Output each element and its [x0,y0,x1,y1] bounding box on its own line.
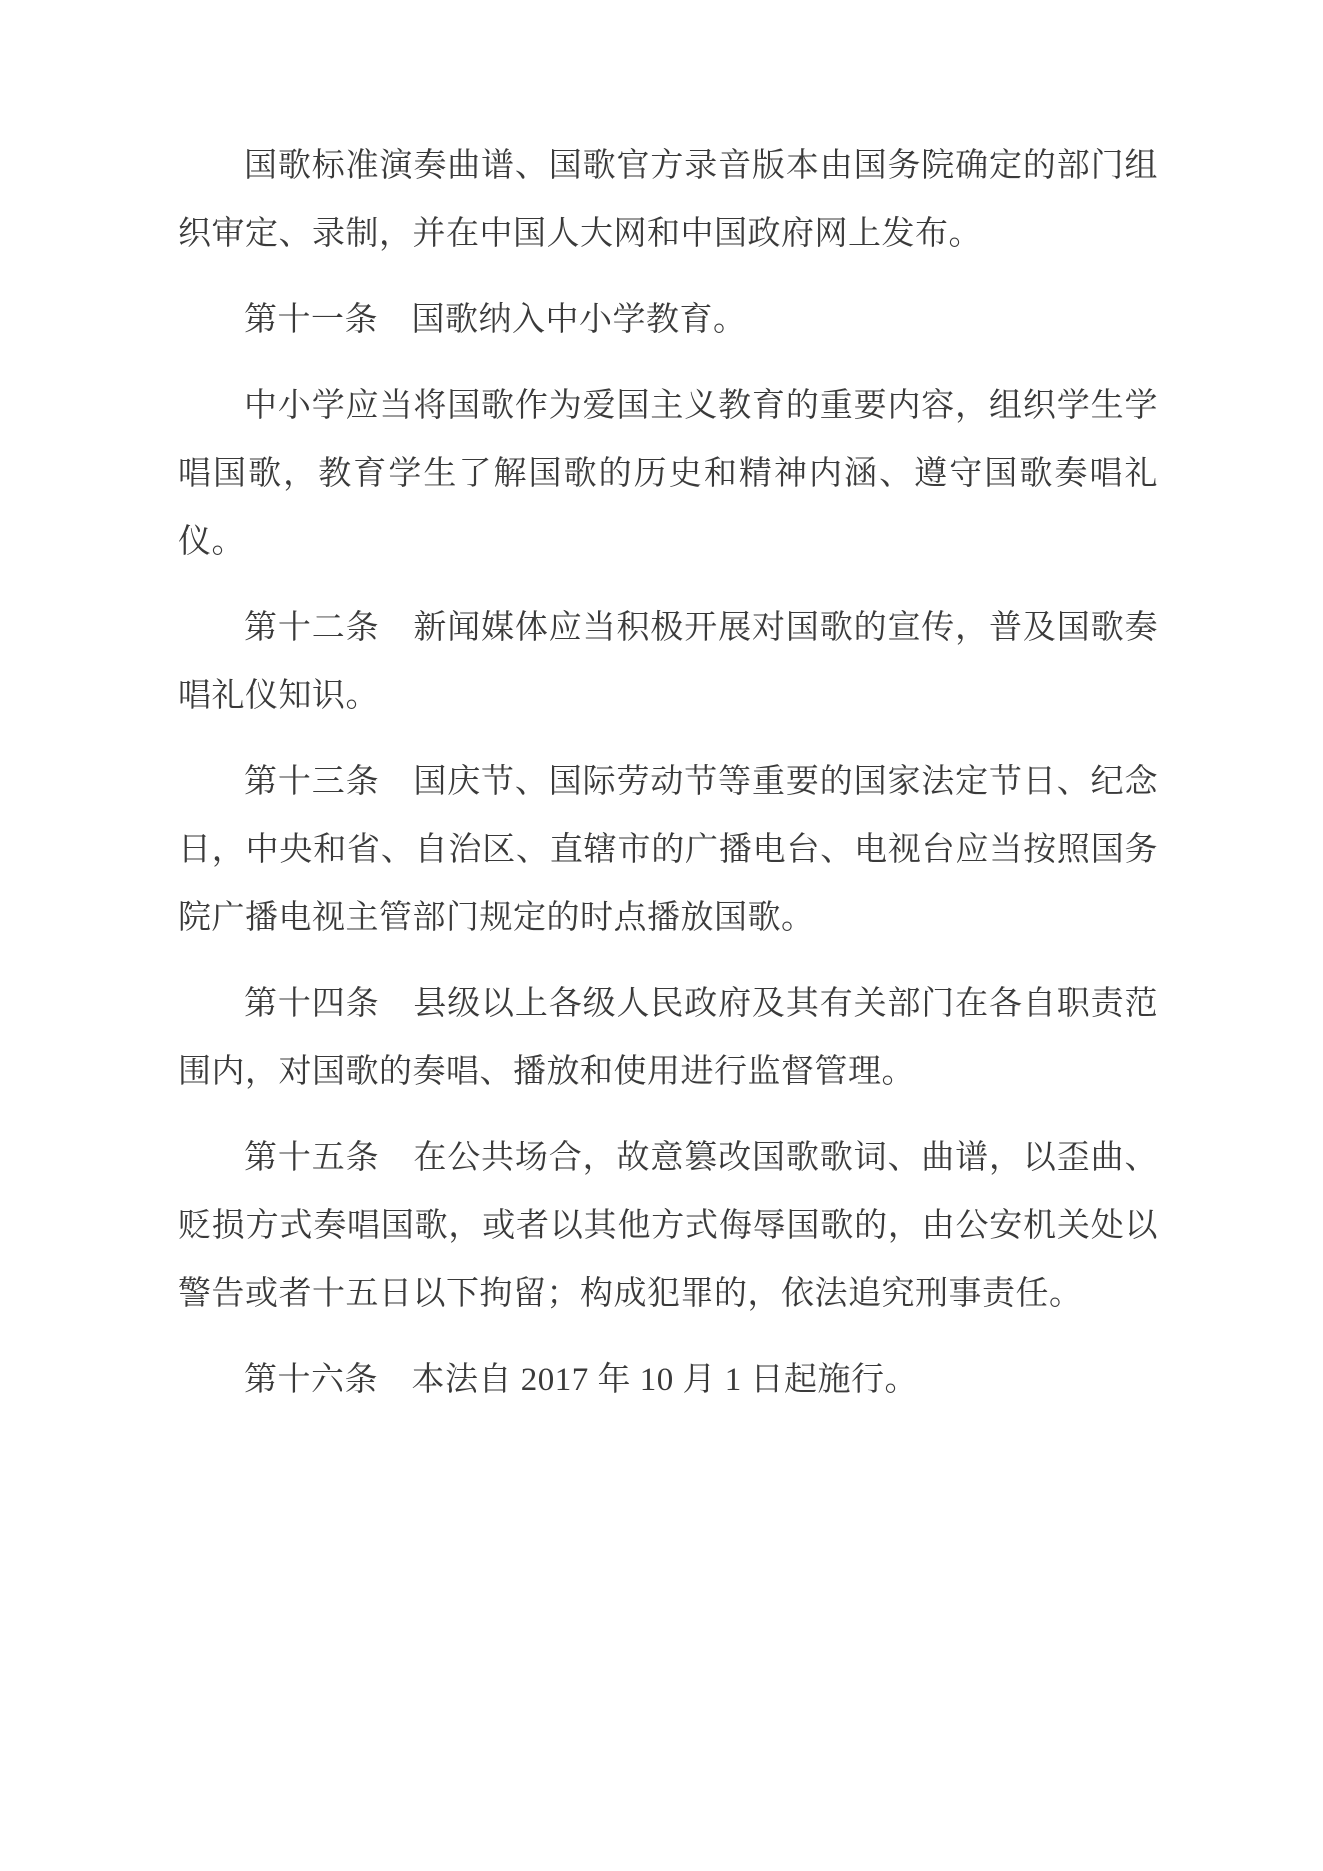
paragraph-article-11: 第十一条 国歌纳入中小学教育。 [178,286,1158,354]
document-page: 国歌标准演奏曲谱、国歌官方录音版本由国务院确定的部门组织审定、录制，并在中国人大… [0,0,1323,1871]
paragraph-article-12: 第十二条 新闻媒体应当积极开展对国歌的宣传，普及国歌奏唱礼仪知识。 [178,594,1158,730]
paragraph-article-11-detail: 中小学应当将国歌作为爱国主义教育的重要内容，组织学生学唱国歌，教育学生了解国歌的… [178,372,1158,576]
paragraph-article-13: 第十三条 国庆节、国际劳动节等重要的国家法定节日、纪念日，中央和省、自治区、直辖… [178,748,1158,952]
paragraph-article-15: 第十五条 在公共场合，故意篡改国歌歌词、曲谱，以歪曲、贬损方式奏唱国歌，或者以其… [178,1124,1158,1328]
paragraph-anthem-score-publication: 国歌标准演奏曲谱、国歌官方录音版本由国务院确定的部门组织审定、录制，并在中国人大… [178,132,1158,268]
paragraph-article-14: 第十四条 县级以上各级人民政府及其有关部门在各自职责范围内，对国歌的奏唱、播放和… [178,970,1158,1106]
paragraph-article-16: 第十六条 本法自 2017 年 10 月 1 日起施行。 [178,1346,1158,1414]
